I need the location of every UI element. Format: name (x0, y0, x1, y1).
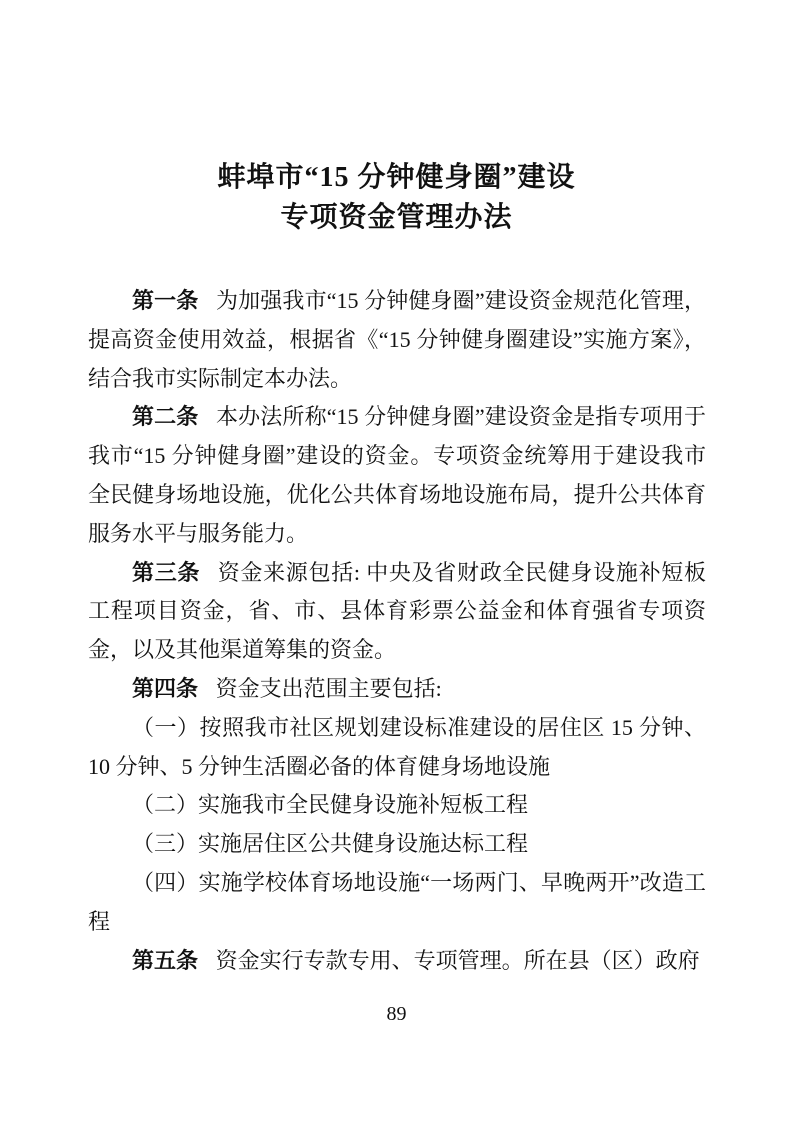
article-2-number: 第二条 (132, 404, 198, 429)
item-1-text: （一）按照我市社区规划建设标准建设的居住区 15 分钟、10 分钟、5 分钟生活… (88, 715, 706, 779)
article-5-number: 第五条 (132, 948, 198, 973)
paragraph-item-3: （三）实施居住区公共健身设施达标工程 (88, 825, 706, 864)
document-title: 蚌埠市“15 分钟健身圈”建设 专项资金管理办法 (0, 158, 793, 238)
document-title-line1: 蚌埠市“15 分钟健身圈”建设 (0, 158, 793, 198)
paragraph-article-3: 第三条资金来源包括: 中央及省财政全民健身设施补短板工程项目资金，省、市、县体育… (88, 554, 706, 670)
article-4-number: 第四条 (132, 676, 198, 701)
paragraph-item-4: （四）实施学校体育场地设施“一场两门、早晚两开”改造工程 (88, 864, 706, 942)
article-5-text: 资金实行专款专用、专项管理。所在县（区）政府 (216, 948, 700, 973)
document-page: 蚌埠市“15 分钟健身圈”建设 专项资金管理办法 第一条为加强我市“15 分钟健… (0, 0, 793, 1122)
paragraph-article-2: 第二条本办法所称“15 分钟健身圈”建设资金是指专项用于我市“15 分钟健身圈”… (88, 398, 706, 553)
paragraph-article-5: 第五条资金实行专款专用、专项管理。所在县（区）政府 (88, 942, 706, 981)
item-2-text: （二）实施我市全民健身设施补短板工程 (132, 792, 528, 817)
paragraph-article-4: 第四条资金支出范围主要包括: (88, 670, 706, 709)
page-number: 89 (0, 1000, 793, 1028)
paragraph-item-1: （一）按照我市社区规划建设标准建设的居住区 15 分钟、10 分钟、5 分钟生活… (88, 709, 706, 787)
article-1-number: 第一条 (132, 288, 198, 313)
article-4-text: 资金支出范围主要包括: (216, 676, 442, 701)
document-title-line2: 专项资金管理办法 (0, 198, 793, 238)
item-4-text: （四）实施学校体育场地设施“一场两门、早晚两开”改造工程 (88, 870, 706, 934)
document-body: 第一条为加强我市“15 分钟健身圈”建设资金规范化管理，提高资金使用效益，根据省… (88, 282, 706, 980)
article-3-number: 第三条 (132, 560, 200, 585)
paragraph-item-2: （二）实施我市全民健身设施补短板工程 (88, 786, 706, 825)
item-3-text: （三）实施居住区公共健身设施达标工程 (132, 831, 528, 856)
paragraph-article-1: 第一条为加强我市“15 分钟健身圈”建设资金规范化管理，提高资金使用效益，根据省… (88, 282, 706, 398)
